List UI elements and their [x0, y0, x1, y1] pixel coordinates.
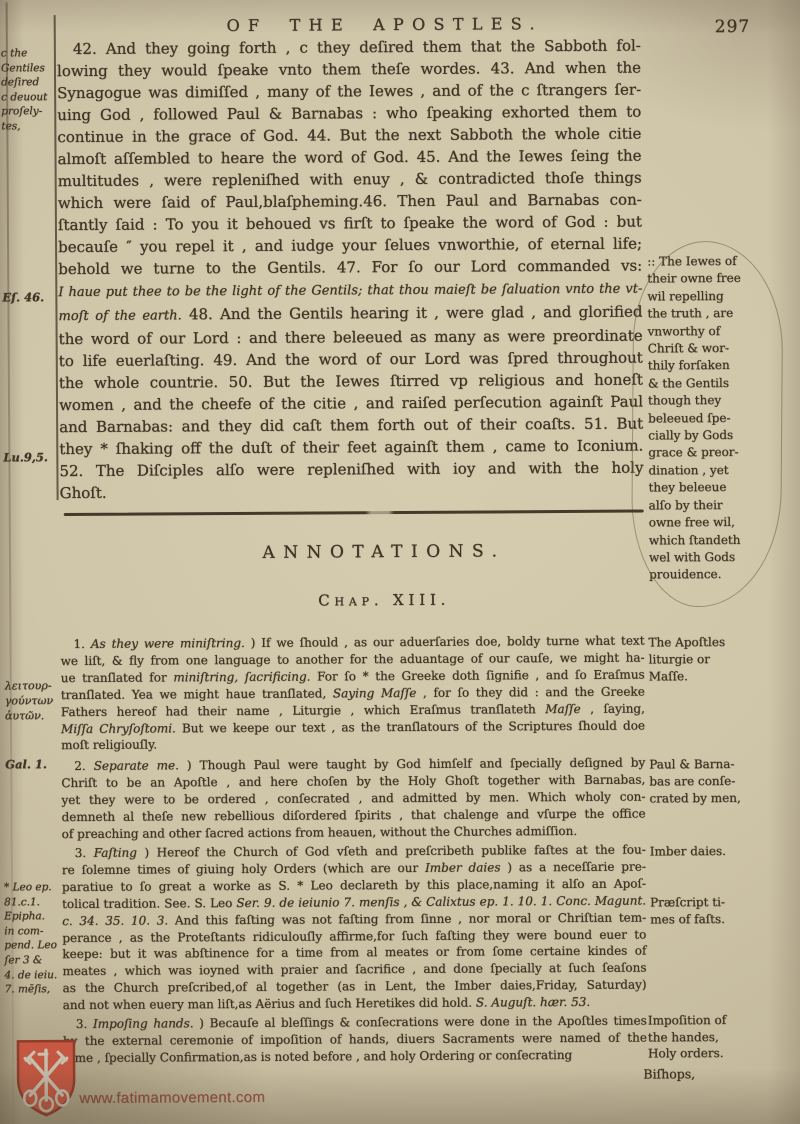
running-title: OF THE APOSTLES. — [83, 13, 687, 36]
page-number: 297 — [715, 17, 775, 37]
margin-ref-luke: Lu.9,5. — [3, 450, 48, 464]
margin-ref-leo-epiphanius: * Leo ep.81.c.1.Epipha.in com-pend. Leoſ… — [4, 880, 57, 997]
catchword: Biſhops, — [503, 1066, 695, 1082]
margin-note-consecrated: Paul & Barna-bas are conſe-crated by men… — [649, 756, 773, 807]
margin-note-imposition: Impoſition ofthe handes, — [648, 1012, 772, 1047]
fatima-movement-crest-icon — [15, 1038, 77, 1118]
annotation-entry-imposing-hands: 3. Impoſing hands. ) Becauſe al bleſſing… — [63, 1013, 647, 1067]
margin-note-liturgie: The Apoſtlesliturgie orMaſſe. — [648, 634, 772, 685]
annotation-entry-ministring: 1. As they were miniſtring. ) If we ſhou… — [60, 633, 645, 755]
margin-greek-leitourgounton: λειτουρ-γούντωνἀυτῶν. — [5, 678, 54, 723]
section-rule — [64, 510, 644, 517]
page-sheet: OF THE APOSTLES. 297 c theGentilesdeſire… — [0, 0, 800, 1124]
annotations-title: ANNOTATIONS. — [62, 540, 706, 564]
crossed-keys-shield-icon — [15, 1038, 77, 1118]
margin-note-holy-orders: Holy orders. — [648, 1045, 772, 1063]
chapter-heading: Chap. XIII. — [62, 589, 706, 611]
scripture-text: 42. And they going forth , c they deſire… — [57, 35, 644, 505]
margin-gloss-gentiles: c theGentilesdeſiredc deuoutproſely-tes, — [1, 46, 48, 134]
margin-note-prescript-fasts: Præſcript ti-mes of faſts. — [650, 894, 774, 929]
scanned-book-page: OF THE APOSTLES. 297 c theGentilesdeſire… — [0, 0, 800, 1124]
annotation-entry-separate: 2. Separate me. ) Though Paul were taugh… — [61, 755, 646, 843]
margin-ref-esay: Eſ. 46. — [2, 290, 44, 304]
margin-ref-galatians: Gal. 1. — [5, 757, 47, 771]
margin-note-imber-daies: Imber daies. — [650, 843, 774, 861]
annotation-entry-fasting: 3. Faſting ) Hereof the Church of God vſ… — [62, 842, 647, 1015]
watermark-url: www.fatimamovement.com — [79, 1089, 265, 1107]
